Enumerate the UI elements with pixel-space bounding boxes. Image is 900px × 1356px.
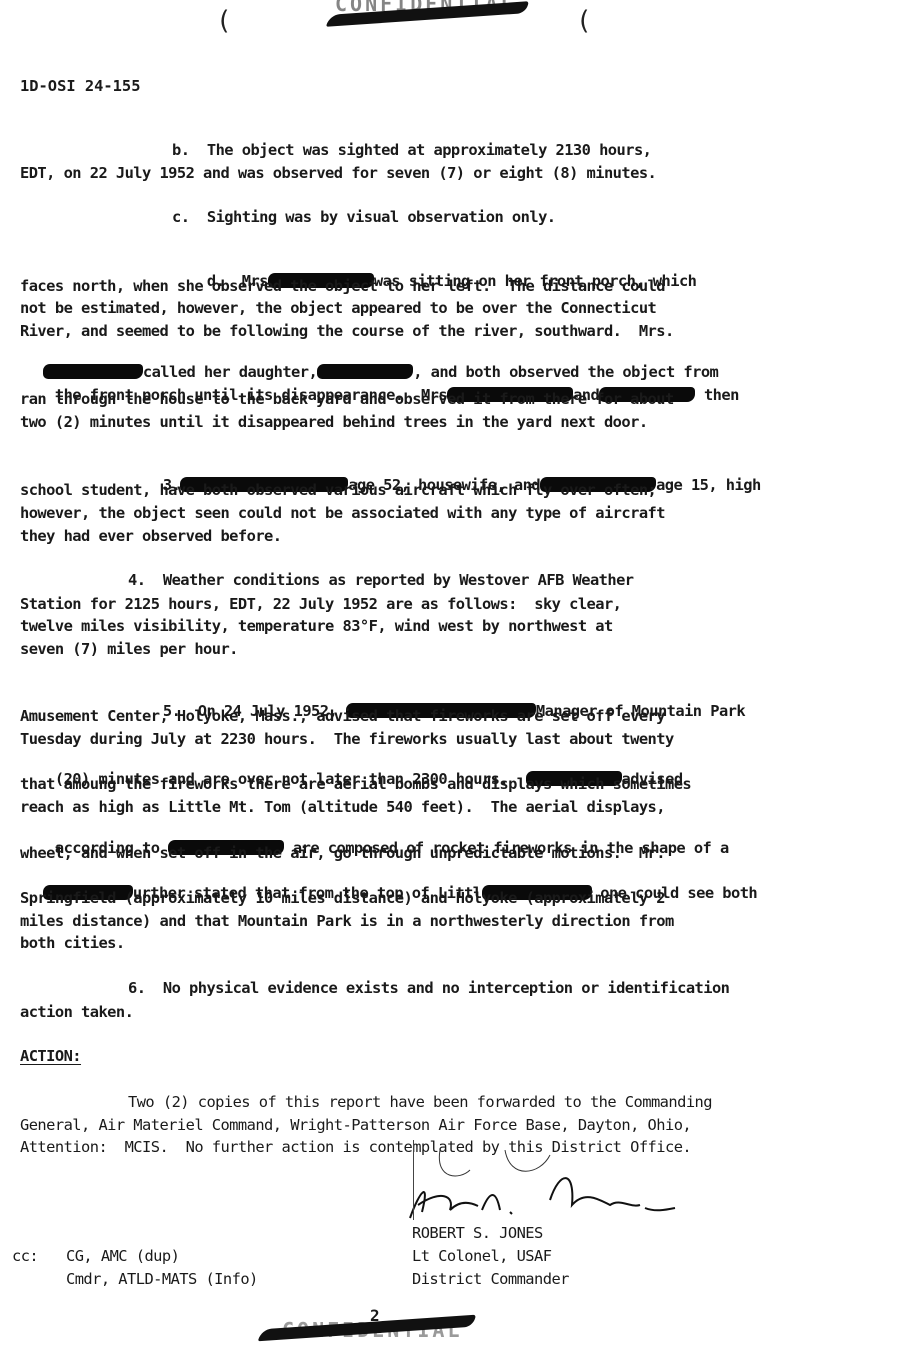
margin-mark: ( — [216, 6, 232, 36]
text-line: ran through the house to the back yard a… — [20, 390, 674, 408]
text-line: b. The object was sighted at approximate… — [172, 141, 651, 159]
text-fragment: age 15, high — [656, 476, 761, 494]
text-line: not be estimated, however, the object ap… — [20, 299, 656, 317]
text-line: Two (2) copies of this report have been … — [128, 1093, 712, 1111]
file-number: 1D-OSI 24-155 — [20, 77, 140, 95]
text-line: 4. Weather conditions as reported by Wes… — [128, 571, 634, 589]
text-line: Station for 2125 hours, EDT, 22 July 195… — [20, 595, 621, 613]
cc-recipient: CG, AMC (dup) — [66, 1247, 179, 1265]
pencil-mark — [413, 1140, 414, 1220]
text-line: Tuesday during July at 2230 hours. The f… — [20, 730, 674, 748]
text-line: 6. No physical evidence exists and no in… — [128, 979, 729, 997]
text-line: that amoung the fireworks there are aeri… — [20, 775, 691, 793]
text-fragment: then — [704, 386, 739, 404]
signer-name: ROBERT S. JONES — [412, 1224, 543, 1242]
text-line: General, Air Materiel Command, Wright-Pa… — [20, 1116, 691, 1134]
text-line: miles distance) and that Mountain Park i… — [20, 912, 674, 930]
text-line: however, the object seen could not be as… — [20, 504, 665, 522]
text-line: Springfield (approximately 10 miles dist… — [20, 889, 665, 907]
cc-recipient: Cmdr, ATLD-MATS (Info) — [66, 1270, 258, 1288]
margin-mark: ( — [576, 6, 592, 36]
text-line: Amusement Center, Holyoke, Mass., advise… — [20, 707, 665, 725]
text-line: both cities. — [20, 934, 125, 952]
signer-title: District Commander — [412, 1270, 569, 1288]
text-line: River, and seemed to be following the co… — [20, 322, 674, 340]
text-line: c. Sighting was by visual observation on… — [172, 208, 556, 226]
action-heading: ACTION: — [20, 1047, 81, 1065]
text-line: seven (7) miles per hour. — [20, 640, 238, 658]
text-line: action taken. — [20, 1003, 133, 1021]
text-line: reach as high as Little Mt. Tom (altitud… — [20, 798, 665, 816]
text-line: school student, have both observed vario… — [20, 481, 656, 499]
text-line: EDT, on 22 July 1952 and was observed fo… — [20, 164, 656, 182]
signer-rank: Lt Colonel, USAF — [412, 1247, 551, 1265]
text-line: twelve miles visibility, temperature 83°… — [20, 617, 613, 635]
text-line: wheel, and when set off in the air, go t… — [20, 844, 665, 862]
text-line: two (2) minutes until it disappeared beh… — [20, 413, 648, 431]
handwritten-signature — [400, 1150, 690, 1230]
text-line: they had ever observed before. — [20, 527, 281, 545]
text-line: faces north, when she observed the objec… — [20, 277, 665, 295]
cc-label: cc: — [12, 1247, 38, 1265]
